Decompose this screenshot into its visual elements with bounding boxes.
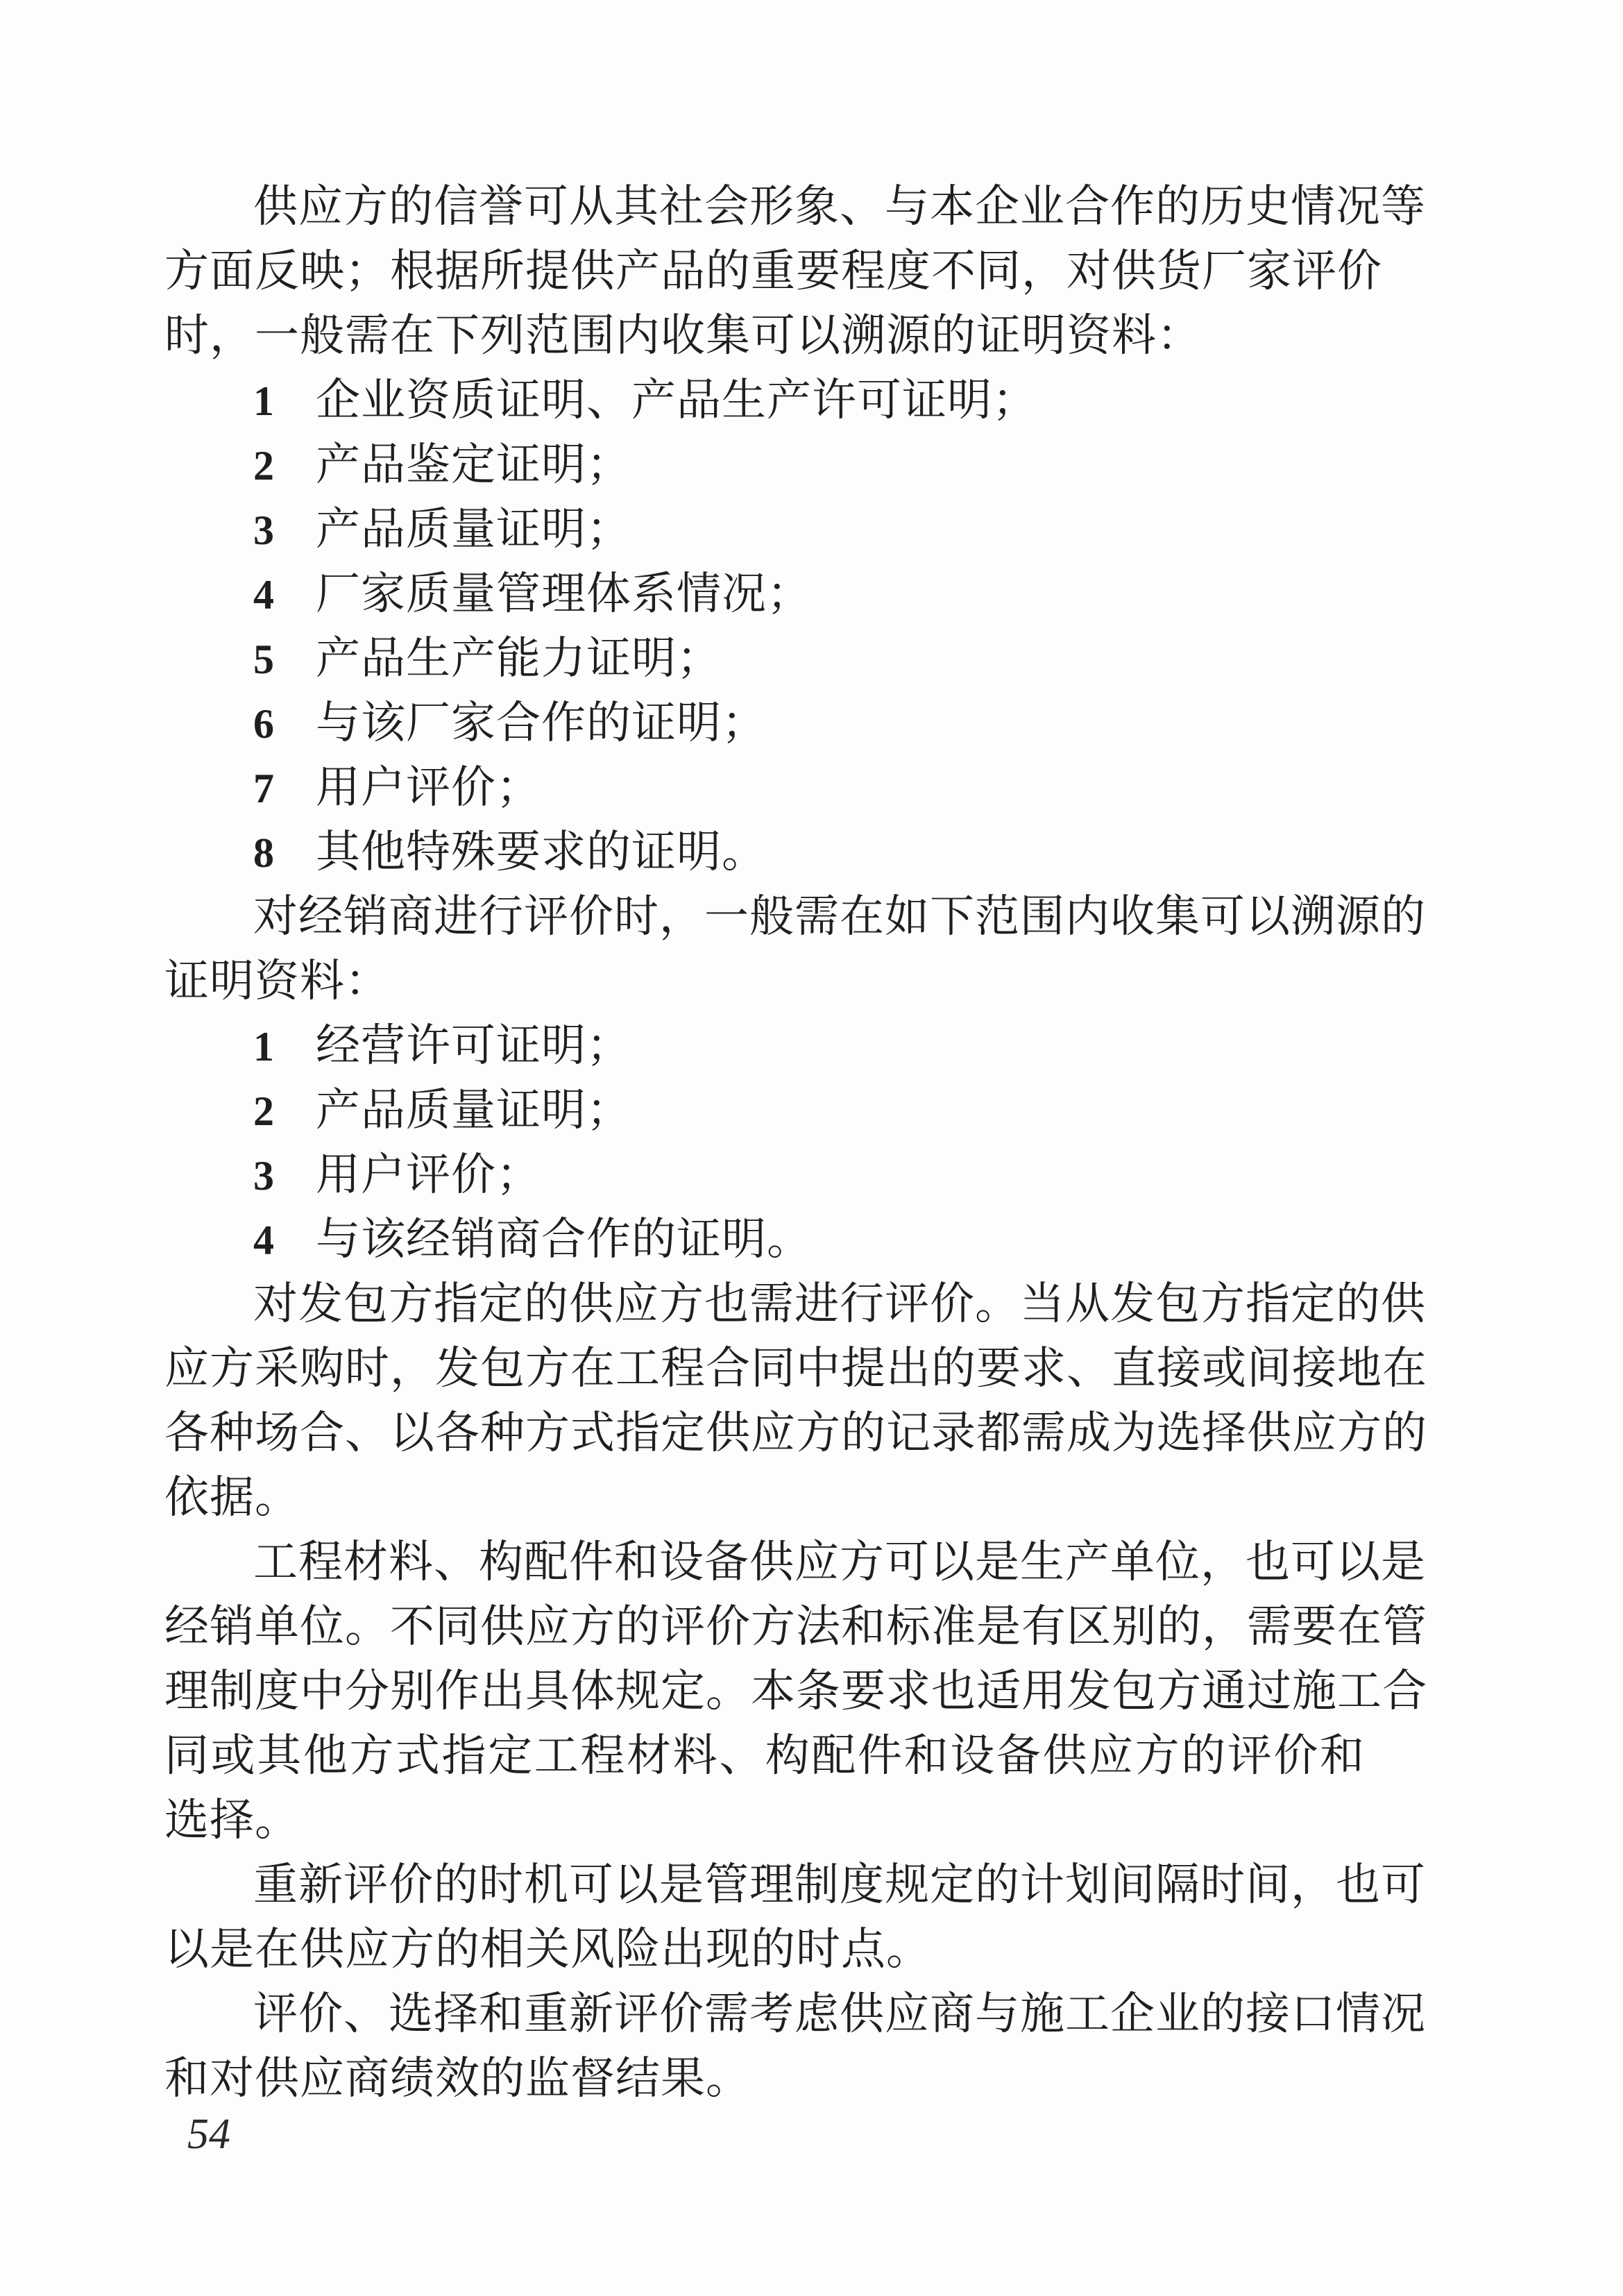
list-text: 与该经销商合作的证明。 — [316, 1214, 812, 1265]
text-line: 评价、选择和重新评价需考虑供应商与施工企业的接口情况 — [164, 1982, 1365, 2047]
paragraph-supplier-types: 工程材料、构配件和设备供应方可以是生产单位，也可以是 经销单位。不同供应方的评价… — [164, 1530, 1365, 1853]
paragraph-designated-supplier: 对发包方指定的供应方也需进行评价。当从发包方指定的供 应方采购时，发包方在工程合… — [164, 1272, 1365, 1530]
list-item: 5产品生产能力证明； — [164, 627, 1365, 691]
list-number: 2 — [253, 1079, 316, 1144]
text-line: 工程材料、构配件和设备供应方可以是生产单位，也可以是 — [164, 1530, 1365, 1595]
document-page: 供应方的信誉可从其社会形象、与本企业合作的历史情况等 方面反映；根据所提供产品的… — [0, 0, 1623, 2296]
list-number: 2 — [253, 434, 316, 498]
text-line: 依据。 — [164, 1466, 1365, 1530]
text-line: 供应方的信誉可从其社会形象、与本企业合作的历史情况等 — [164, 175, 1365, 239]
list-text: 用户评价； — [316, 1149, 541, 1201]
list-text: 产品鉴定证明； — [316, 439, 631, 491]
text-line: 和对供应商绩效的监督结果。 — [164, 2047, 1365, 2111]
list-text: 用户评价； — [316, 762, 541, 813]
text-line: 应方采购时，发包方在工程合同中提出的要求、直接或间接地在 — [164, 1337, 1365, 1401]
list-number: 6 — [253, 692, 316, 757]
list-number: 3 — [253, 498, 316, 563]
list-item: 3产品质量证明； — [164, 498, 1365, 562]
text-line: 对经销商进行评价时，一般需在如下范围内收集可以溯源的 — [164, 885, 1365, 949]
list-text: 与该厂家合作的证明； — [316, 698, 767, 749]
list-item: 3用户评价； — [164, 1143, 1365, 1208]
list-number: 7 — [253, 757, 316, 821]
list-item: 8其他特殊要求的证明。 — [164, 820, 1365, 885]
list-text: 产品质量证明； — [316, 504, 631, 555]
list-item: 1经营许可证明； — [164, 1014, 1365, 1079]
list-number: 8 — [253, 821, 316, 886]
text-line: 各种场合、以各种方式指定供应方的记录都需成为选择供应方的 — [164, 1401, 1365, 1466]
list-item: 2产品质量证明； — [164, 1079, 1365, 1143]
manufacturer-evidence-list: 1企业资质证明、产品生产许可证明； 2产品鉴定证明； 3产品质量证明； 4厂家质… — [164, 369, 1365, 885]
list-number: 1 — [253, 1015, 316, 1079]
list-item: 4厂家质量管理体系情况； — [164, 562, 1365, 627]
list-number: 4 — [253, 563, 316, 627]
text-line: 时，一般需在下列范围内收集可以溯源的证明资料： — [164, 304, 1365, 369]
distributor-evidence-list: 1经营许可证明； 2产品质量证明； 3用户评价； 4与该经销商合作的证明。 — [164, 1014, 1365, 1272]
body-text: 供应方的信誉可从其社会形象、与本企业合作的历史情况等 方面反映；根据所提供产品的… — [164, 175, 1365, 2111]
list-text: 经营许可证明； — [316, 1020, 631, 1072]
list-item: 2产品鉴定证明； — [164, 433, 1365, 498]
list-number: 1 — [253, 369, 316, 434]
list-number: 5 — [253, 627, 316, 692]
list-item: 7用户评价； — [164, 756, 1365, 820]
page-number: 54 — [187, 2110, 230, 2159]
paragraph-reevaluation-timing: 重新评价的时机可以是管理制度规定的计划间隔时间，也可 以是在供应方的相关风险出现… — [164, 1853, 1365, 1982]
list-item: 1企业资质证明、产品生产许可证明； — [164, 369, 1365, 433]
list-item: 4与该经销商合作的证明。 — [164, 1208, 1365, 1272]
list-text: 产品生产能力证明； — [316, 633, 722, 684]
text-line: 同或其他方式指定工程材料、构配件和设备供应方的评价和 — [164, 1724, 1365, 1789]
text-line: 经销单位。不同供应方的评价方法和标准是有区别的，需要在管 — [164, 1595, 1365, 1660]
list-number: 4 — [253, 1208, 316, 1273]
list-text: 厂家质量管理体系情况； — [316, 568, 812, 620]
text-line: 对发包方指定的供应方也需进行评价。当从发包方指定的供 — [164, 1272, 1365, 1337]
list-text: 产品质量证明； — [316, 1085, 631, 1136]
text-line: 方面反映；根据所提供产品的重要程度不同，对供货厂家评价 — [164, 239, 1365, 304]
text-line: 选择。 — [164, 1789, 1365, 1853]
text-line: 证明资料： — [164, 949, 1365, 1014]
text-line: 以是在供应方的相关风险出现的时点。 — [164, 1918, 1365, 1982]
list-text: 企业资质证明、产品生产许可证明； — [316, 375, 1037, 426]
paragraph-distributor-evaluation: 对经销商进行评价时，一般需在如下范围内收集可以溯源的 证明资料： — [164, 885, 1365, 1014]
list-number: 3 — [253, 1144, 316, 1208]
text-line: 重新评价的时机可以是管理制度规定的计划间隔时间，也可 — [164, 1853, 1365, 1918]
paragraph-evaluation-considerations: 评价、选择和重新评价需考虑供应商与施工企业的接口情况 和对供应商绩效的监督结果。 — [164, 1982, 1365, 2111]
text-line: 理制度中分别作出具体规定。本条要求也适用发包方通过施工合 — [164, 1660, 1365, 1724]
list-text: 其他特殊要求的证明。 — [316, 827, 767, 878]
paragraph-supplier-reputation: 供应方的信誉可从其社会形象、与本企业合作的历史情况等 方面反映；根据所提供产品的… — [164, 175, 1365, 369]
list-item: 6与该厂家合作的证明； — [164, 691, 1365, 756]
